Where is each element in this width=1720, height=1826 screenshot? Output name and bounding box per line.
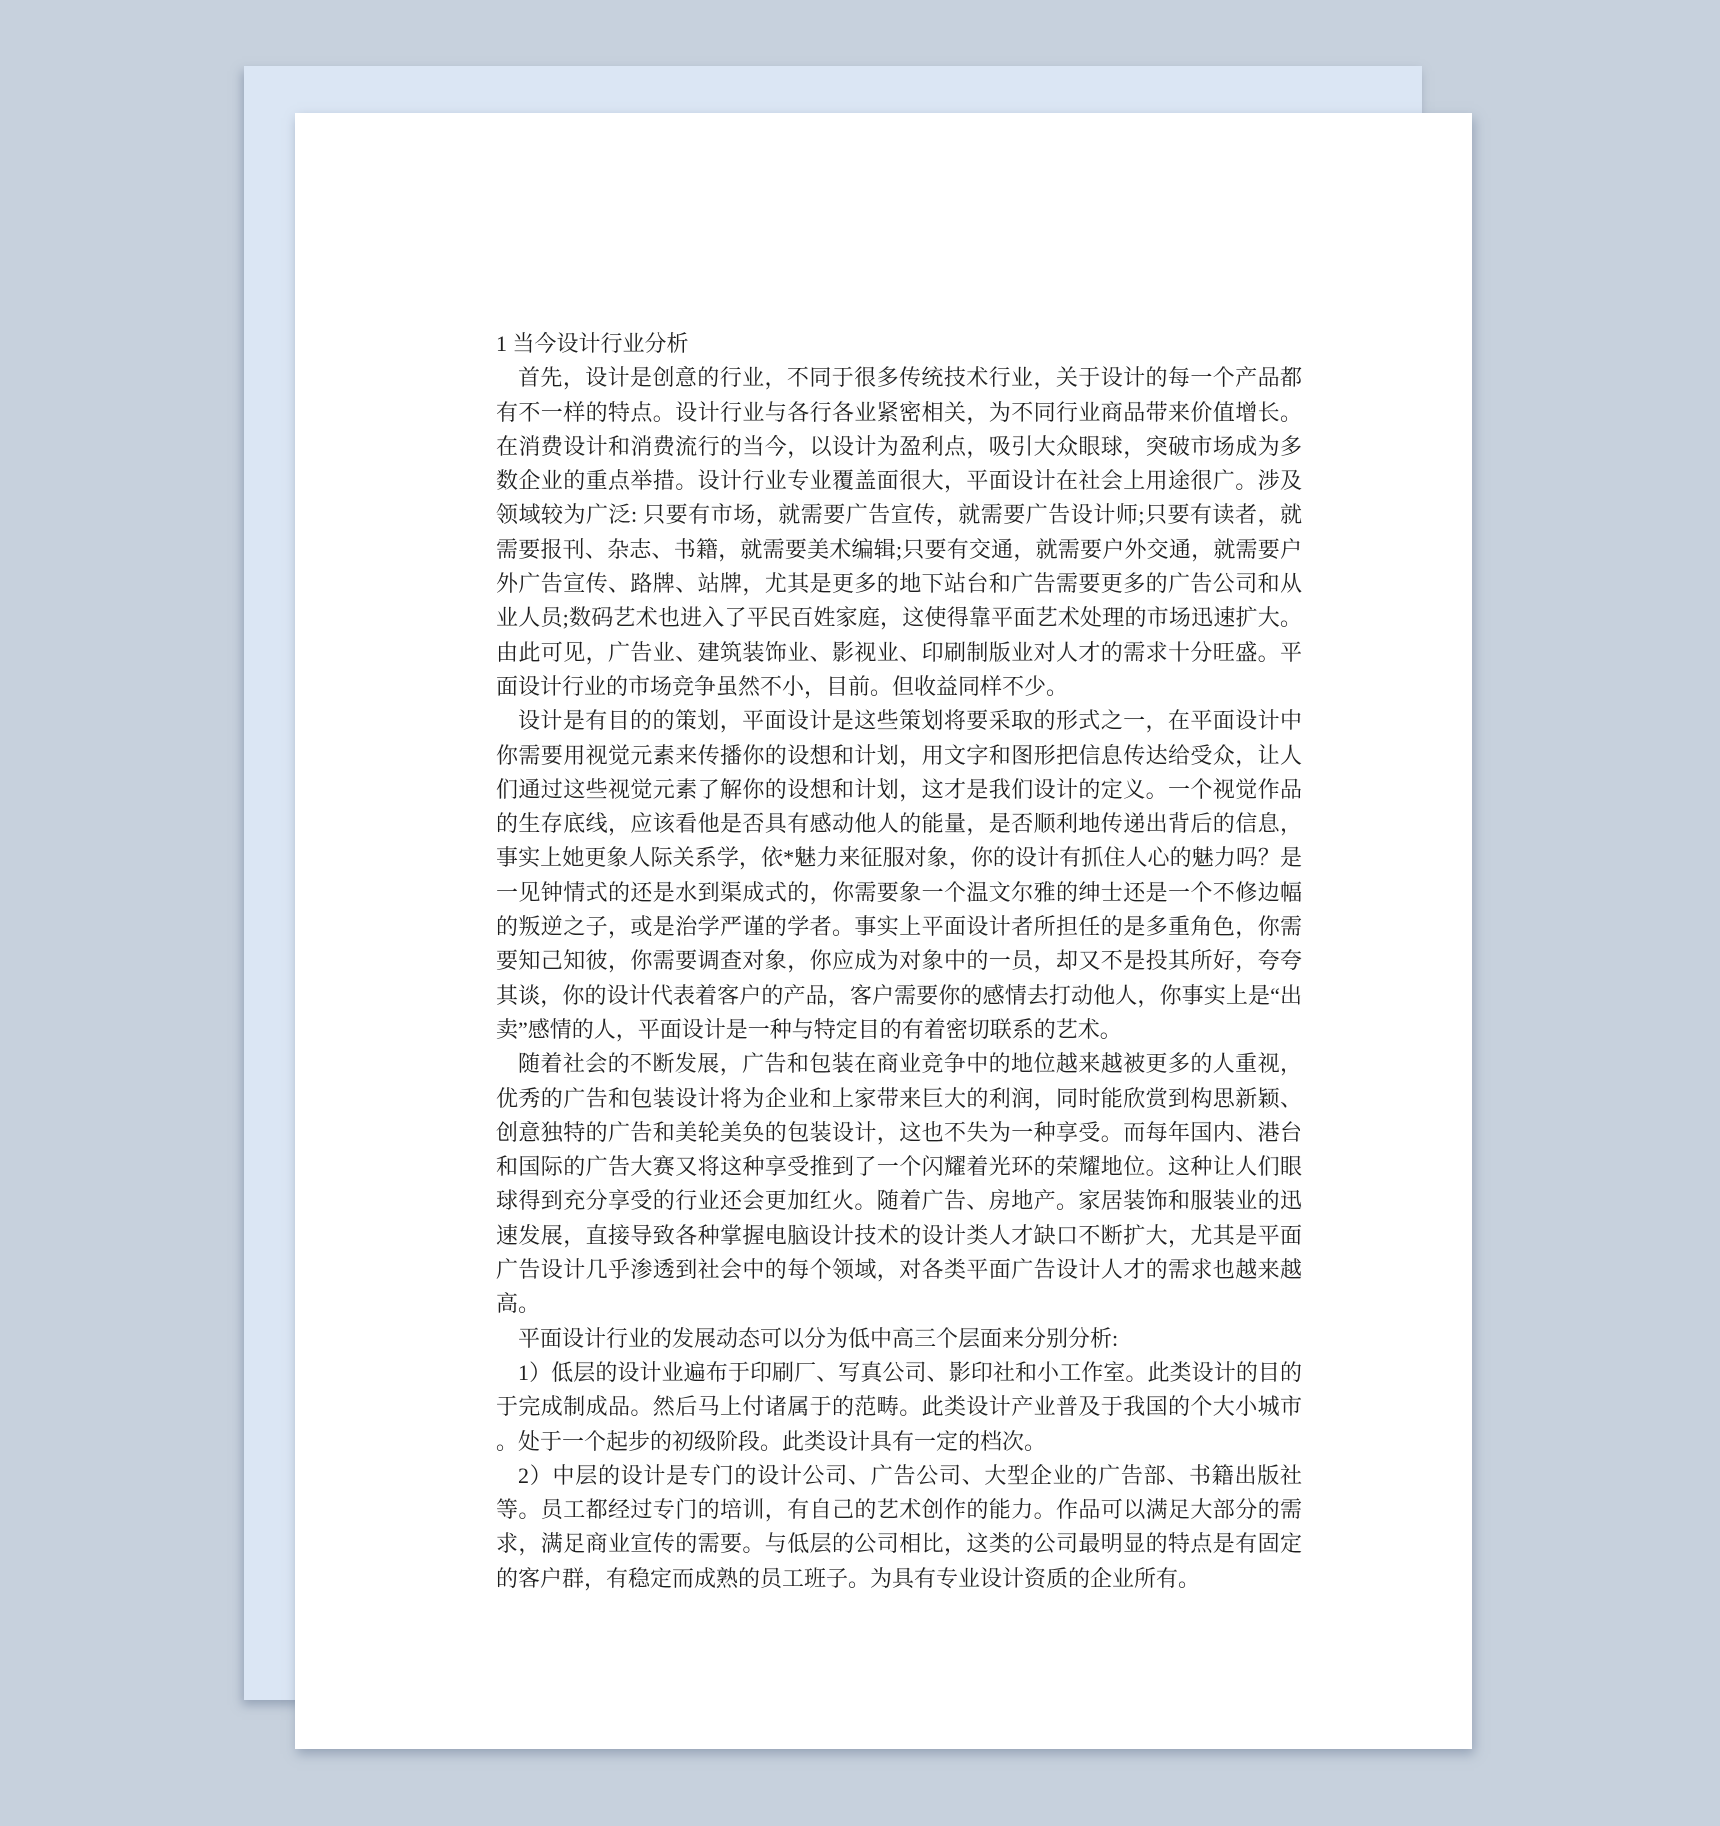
paragraph-industry-overview: 首先，设计是创意的行业，不同于很多传统技术行业，关于设计的每一个产品都有不一样的… (496, 361, 1302, 704)
paragraph-mid-level: 2）中层的设计是专门的设计公司、广告公司、大型企业的广告部、书籍出版社等。员工都… (496, 1459, 1302, 1596)
document-text-block: 1 当今设计行业分析 首先，设计是创意的行业，不同于很多传统技术行业，关于设计的… (496, 327, 1302, 1596)
document-heading: 1 当今设计行业分析 (496, 327, 1302, 361)
paragraph-design-definition: 设计是有目的的策划，平面设计是这些策划将要采取的形式之一，在平面设计中你需要用视… (496, 704, 1302, 1047)
paragraph-three-levels-intro: 平面设计行业的发展动态可以分为低中高三个层面来分别分析: (496, 1322, 1302, 1356)
desktop-background: 1 当今设计行业分析 首先，设计是创意的行业，不同于很多传统技术行业，关于设计的… (0, 0, 1720, 1826)
paragraph-low-level: 1）低层的设计业遍布于印刷厂、写真公司、影印社和小工作室。此类设计的目的于完成制… (496, 1356, 1302, 1459)
paragraph-advertising-packaging: 随着社会的不断发展，广告和包装在商业竞争中的地位越来越被更多的人重视，优秀的广告… (496, 1047, 1302, 1321)
document-page: 1 当今设计行业分析 首先，设计是创意的行业，不同于很多传统技术行业，关于设计的… (295, 113, 1472, 1749)
